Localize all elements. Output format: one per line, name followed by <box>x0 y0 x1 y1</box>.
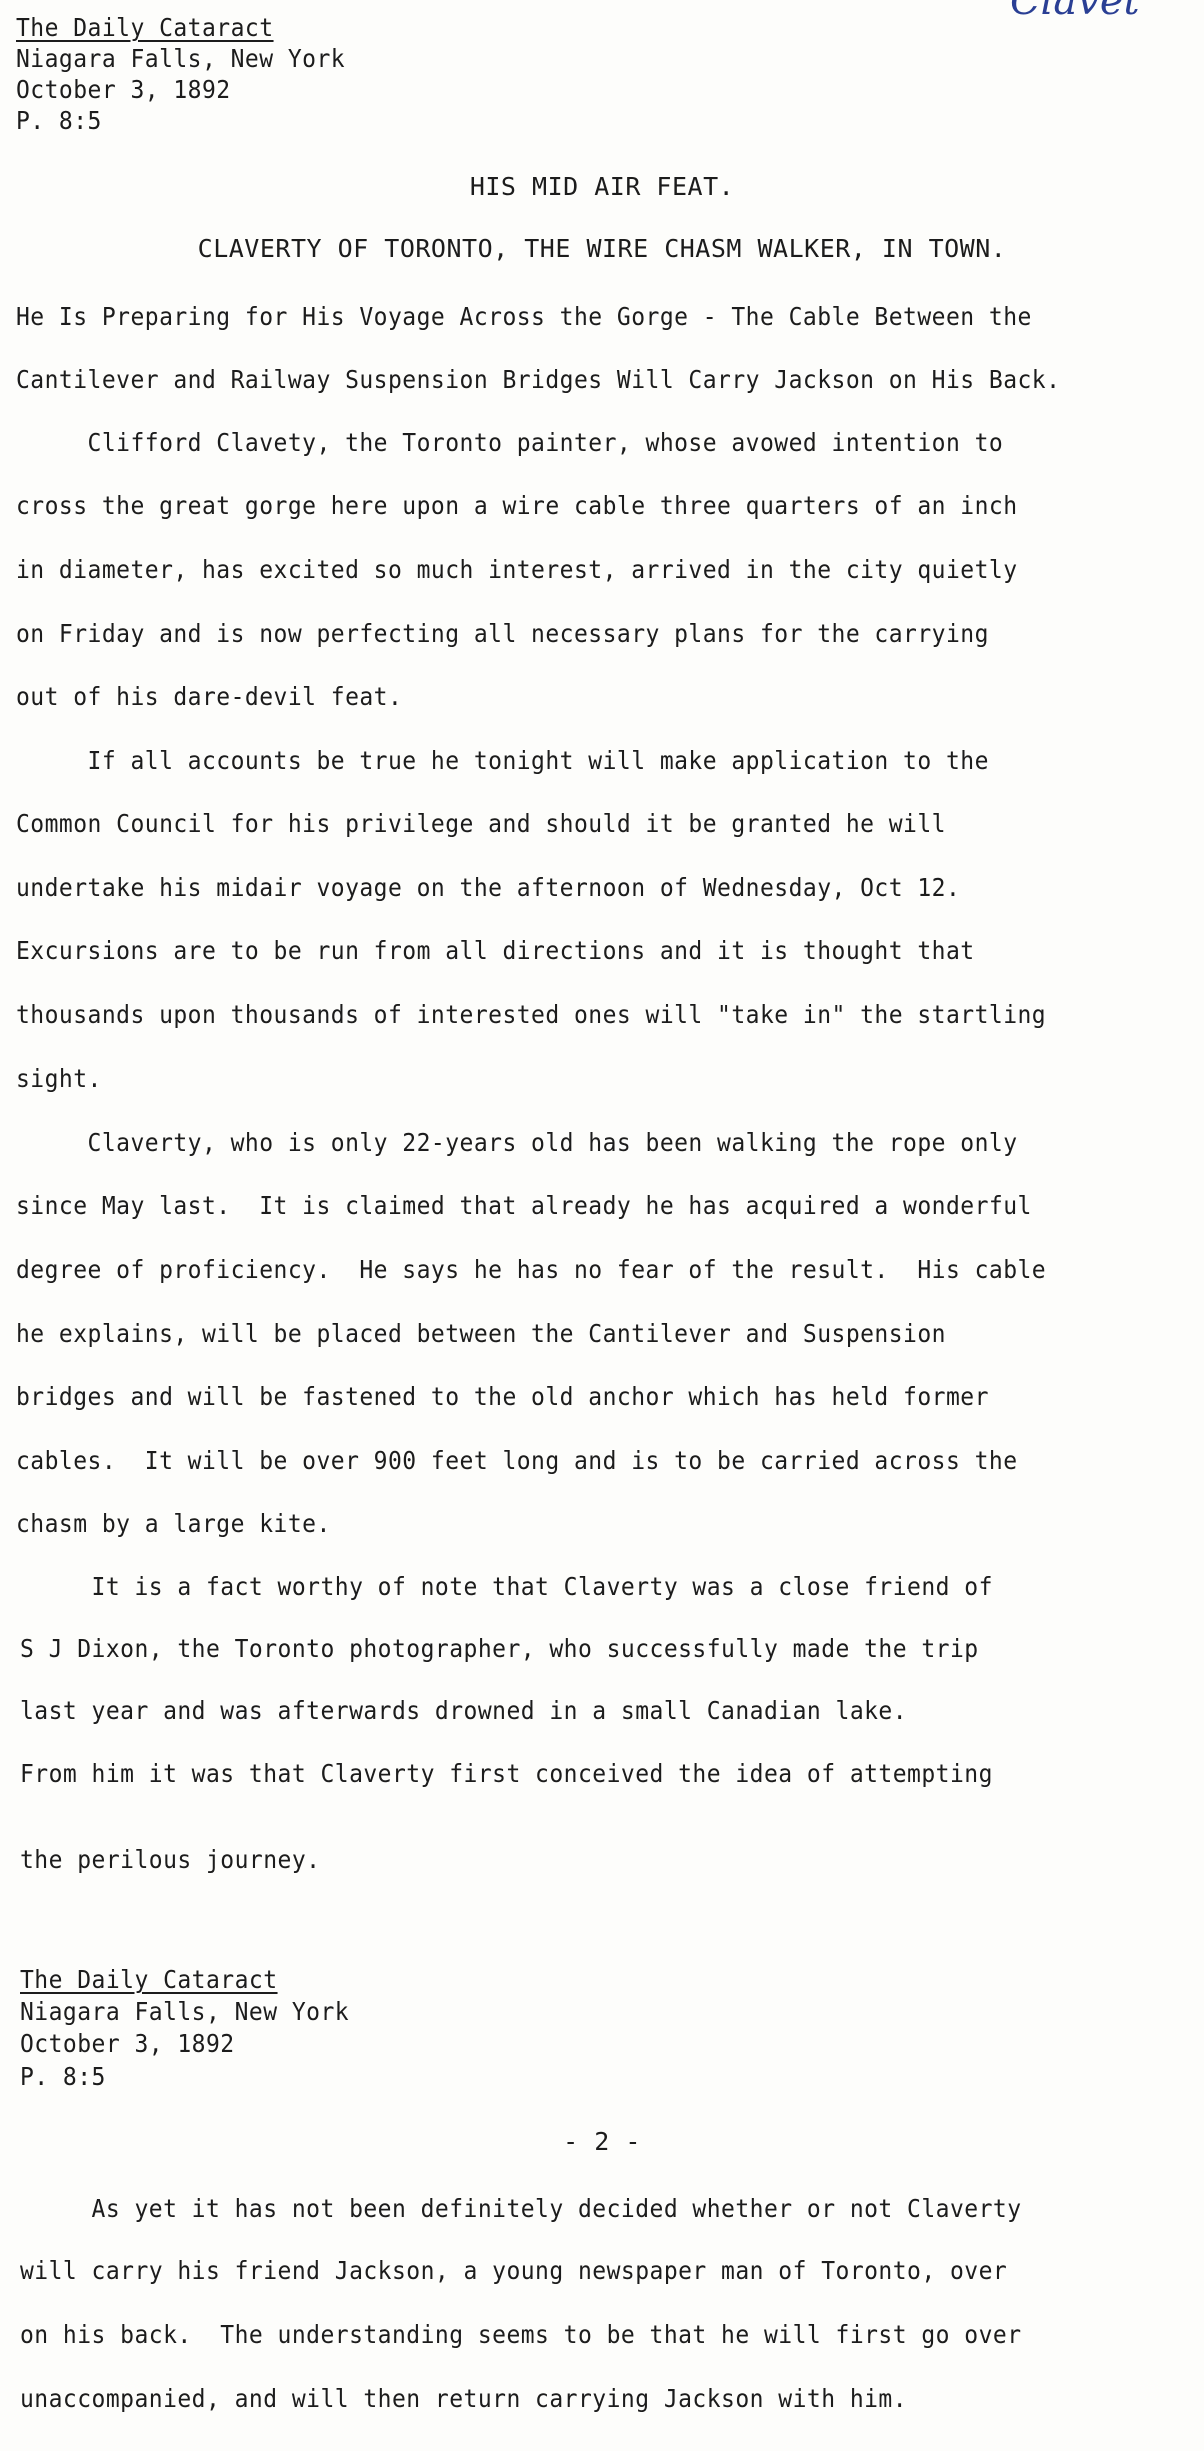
article-title: HIS MID AIR FEAT. <box>0 172 1204 202</box>
body-line: last year and was afterwards drowned in … <box>20 1696 907 1726</box>
publication-date: October 3, 1892 <box>20 2029 235 2059</box>
body-line: As yet it has not been definitely decide… <box>20 2194 1022 2224</box>
handwritten-note: Clavet <box>1010 0 1140 24</box>
body-line: the perilous journey. <box>20 1845 320 1875</box>
body-line: cross the great gorge here upon a wire c… <box>16 491 1018 521</box>
publication-page: P. 8:5 <box>16 106 102 136</box>
body-line: sight. <box>16 1064 102 1094</box>
body-line: It is a fact worthy of note that Clavert… <box>20 1572 993 1602</box>
publication-name: The Daily Cataract <box>16 13 274 43</box>
deck-line: Cantilever and Railway Suspension Bridge… <box>16 365 1060 395</box>
body-line: unaccompanied, and will then return carr… <box>20 2384 907 2414</box>
publication-place: Niagara Falls, New York <box>20 1997 349 2027</box>
body-line: on his back. The understanding seems to … <box>20 2320 1022 2350</box>
body-line: If all accounts be true he tonight will … <box>16 746 989 776</box>
publication-name: The Daily Cataract <box>20 1965 278 1995</box>
article-subtitle: CLAVERTY OF TORONTO, THE WIRE CHASM WALK… <box>0 234 1204 264</box>
body-line: Claverty, who is only 22-years old has b… <box>16 1128 1018 1158</box>
body-line: thousands upon thousands of interested o… <box>16 1000 1046 1030</box>
body-line: since May last. It is claimed that alrea… <box>16 1191 1032 1221</box>
body-line: chasm by a large kite. <box>16 1509 331 1539</box>
body-line: undertake his midair voyage on the after… <box>16 873 960 903</box>
body-line: From him it was that Claverty first conc… <box>20 1759 993 1789</box>
deck-line: He Is Preparing for His Voyage Across th… <box>16 302 1032 332</box>
body-line: Clifford Clavety, the Toronto painter, w… <box>16 428 1003 458</box>
body-line: S J Dixon, the Toronto photographer, who… <box>20 1634 979 1664</box>
publication-place: Niagara Falls, New York <box>16 44 345 74</box>
body-line: on Friday and is now perfecting all nece… <box>16 619 989 649</box>
body-line: degree of proficiency. He says he has no… <box>16 1255 1046 1285</box>
body-line: will carry his friend Jackson, a young n… <box>20 2256 1007 2286</box>
page-number: - 2 - <box>0 2127 1204 2157</box>
body-line: Excursions are to be run from all direct… <box>16 936 975 966</box>
body-line: out of his dare-devil feat. <box>16 682 402 712</box>
publication-date: October 3, 1892 <box>16 75 231 105</box>
body-line: he explains, will be placed between the … <box>16 1319 946 1349</box>
publication-page: P. 8:5 <box>20 2062 106 2092</box>
body-line: Common Council for his privilege and sho… <box>16 809 946 839</box>
body-line: cables. It will be over 900 feet long an… <box>16 1446 1018 1476</box>
body-line: bridges and will be fastened to the old … <box>16 1382 989 1412</box>
body-line: in diameter, has excited so much interes… <box>16 555 1018 585</box>
